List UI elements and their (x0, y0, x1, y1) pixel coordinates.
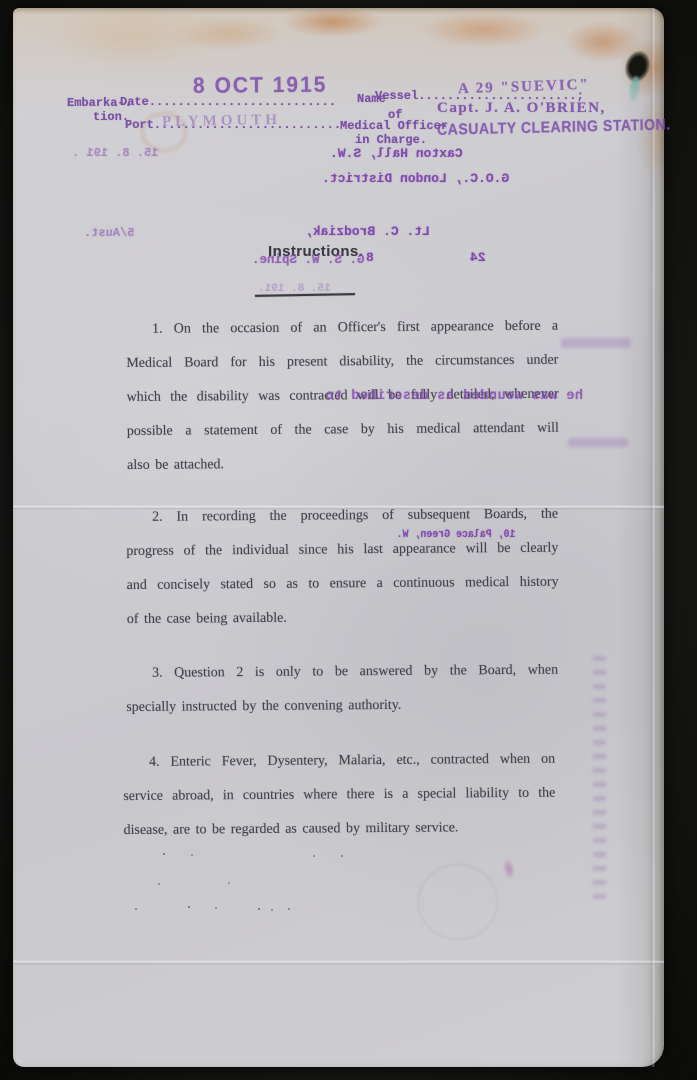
mirrored-number-transfer: 8 (366, 250, 374, 265)
mirrored-unit-transfer: 5/Aust. (84, 226, 134, 240)
date-received-stamp: 8 OCT 1915 (193, 73, 328, 99)
medical-officer-label-line2: in Charge. (355, 133, 427, 147)
mirrored-caxton-hall-transfer: Caxton Hall, S.W. (330, 146, 463, 161)
paper-crease (649, 8, 655, 1067)
mirrored-wounded-note-transfer: he was wounded as described to (325, 389, 583, 404)
paper-crease (13, 960, 664, 965)
instructions-paragraph-1: 1. On the occasion of an Officer's first… (126, 319, 559, 492)
medical-officer-label-line1: Medical Officer (340, 119, 448, 133)
circular-impression (418, 864, 498, 940)
officer-name-stamp: Capt. J. A. O'BRIEN, (437, 100, 606, 117)
instructions-paragraph-2: 2. In recording the proceedings of subse… (126, 507, 559, 646)
instructions-paragraph-4: 4. Enteric Fever, Dysentery, Malaria, et… (123, 752, 556, 857)
mirrored-goc-transfer: G.O.C., London District. (322, 171, 509, 186)
vertical-stamp-bleed (593, 656, 606, 908)
mirrored-disability-transfer: G. S. W. Spine. (252, 253, 365, 267)
mirrored-date-transfer: 15. 8. 191 . (72, 146, 158, 160)
mirrored-officer-name-transfer: Lt. C. Brodziak, (305, 224, 430, 239)
instructions-paragraph-3: 3. Question 2 is only to be answered by … (126, 663, 559, 734)
purple-ink-mark (501, 857, 517, 881)
mirrored-age-transfer: 24 (470, 250, 486, 265)
ghost-ink-transfer (568, 438, 628, 447)
embarkation-label-bottom: tion. (93, 110, 129, 124)
scanned-document-photo: { "colors": { "background": "#14140f", "… (0, 0, 697, 1080)
port-stamp: PLYMOUTH (162, 112, 281, 131)
ghost-ink-transfer (561, 338, 631, 348)
mirrored-address-transfer: 10, Palace Green, W. (397, 529, 516, 541)
